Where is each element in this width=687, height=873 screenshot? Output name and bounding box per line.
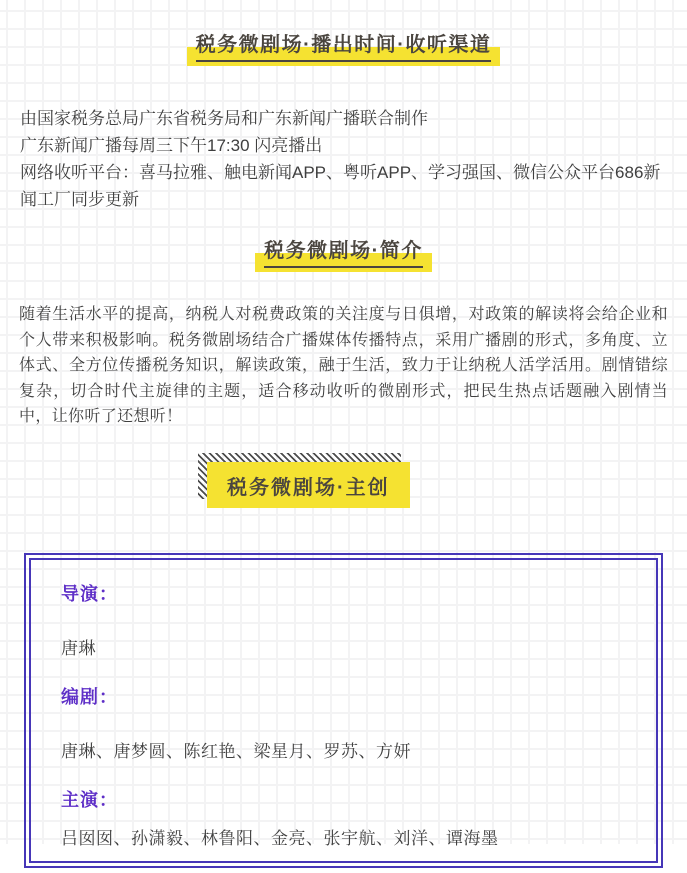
- screenwriter-names: 唐琳、唐梦圆、陈红艳、梁星月、罗苏、方妍: [61, 737, 626, 762]
- broadcast-line-schedule: 广东新闻广播每周三下午17:30 闪亮播出: [20, 132, 667, 159]
- section-title-intro: 税务微剧场·简介: [264, 234, 423, 268]
- credit-row-screenwriters: 编剧： 唐琳、唐梦圆、陈红艳、梁星月、罗苏、方妍: [61, 683, 626, 762]
- credit-label-line: 导演：: [61, 580, 626, 606]
- section-broadcast-heading: 税务微剧场·播出时间·收听渠道: [0, 28, 687, 62]
- intro-paragraph: 随着生活水平的提高，纳税人对税费政策的关注度与日俱增，对政策的解读将会给企业和个…: [19, 302, 668, 430]
- credit-label-line: 主演：: [61, 786, 626, 812]
- section-title-credits: 税务微剧场·主创: [207, 462, 410, 508]
- highlighted-title: 税务微剧场·简介: [264, 234, 423, 268]
- credits-box-inner: 导演： 唐琳 编剧： 唐琳、唐梦圆、陈红艳、梁星月、罗苏、方妍: [29, 558, 658, 863]
- credit-row-cast: 主演： 吕囡囡、孙潇毅、林鲁阳、金亮、张宇航、刘洋、谭海墨: [61, 786, 626, 849]
- credits-box: 导演： 唐琳 编剧： 唐琳、唐梦圆、陈红艳、梁星月、罗苏、方妍: [24, 553, 663, 868]
- screenwriter-label: 编剧：: [61, 687, 118, 707]
- cast-label: 主演：: [61, 790, 118, 810]
- section-intro-heading: 税务微剧场·简介: [0, 234, 687, 268]
- credit-label-line: 编剧：: [61, 683, 626, 709]
- credits-badge: 税务微剧场·主创: [207, 462, 410, 508]
- broadcast-info: 由国家税务总局广东省税务局和广东新闻广播联合制作 广东新闻广播每周三下午17:3…: [20, 105, 667, 213]
- broadcast-line-producer: 由国家税务总局广东省税务局和广东新闻广播联合制作: [20, 105, 667, 132]
- credit-label: 编剧：: [61, 683, 118, 709]
- section-title-broadcast: 税务微剧场·播出时间·收听渠道: [196, 28, 492, 62]
- broadcast-line-platforms: 网络收听平台：喜马拉雅、触电新闻APP、粤听APP、学习强国、微信公众平台686…: [20, 159, 667, 213]
- credit-label: 主演：: [61, 786, 118, 812]
- director-names: 唐琳: [61, 634, 626, 659]
- credit-label: 导演：: [61, 580, 118, 606]
- credit-row-director: 导演： 唐琳: [61, 580, 626, 659]
- highlighted-title: 税务微剧场·播出时间·收听渠道: [196, 28, 492, 62]
- cast-names: 吕囡囡、孙潇毅、林鲁阳、金亮、张宇航、刘洋、谭海墨: [61, 824, 626, 849]
- director-label: 导演：: [61, 584, 118, 604]
- article-page: 税务微剧场·播出时间·收听渠道 由国家税务总局广东省税务局和广东新闻广播联合制作…: [0, 0, 687, 844]
- section-credits-heading: 税务微剧场·主创: [207, 462, 687, 508]
